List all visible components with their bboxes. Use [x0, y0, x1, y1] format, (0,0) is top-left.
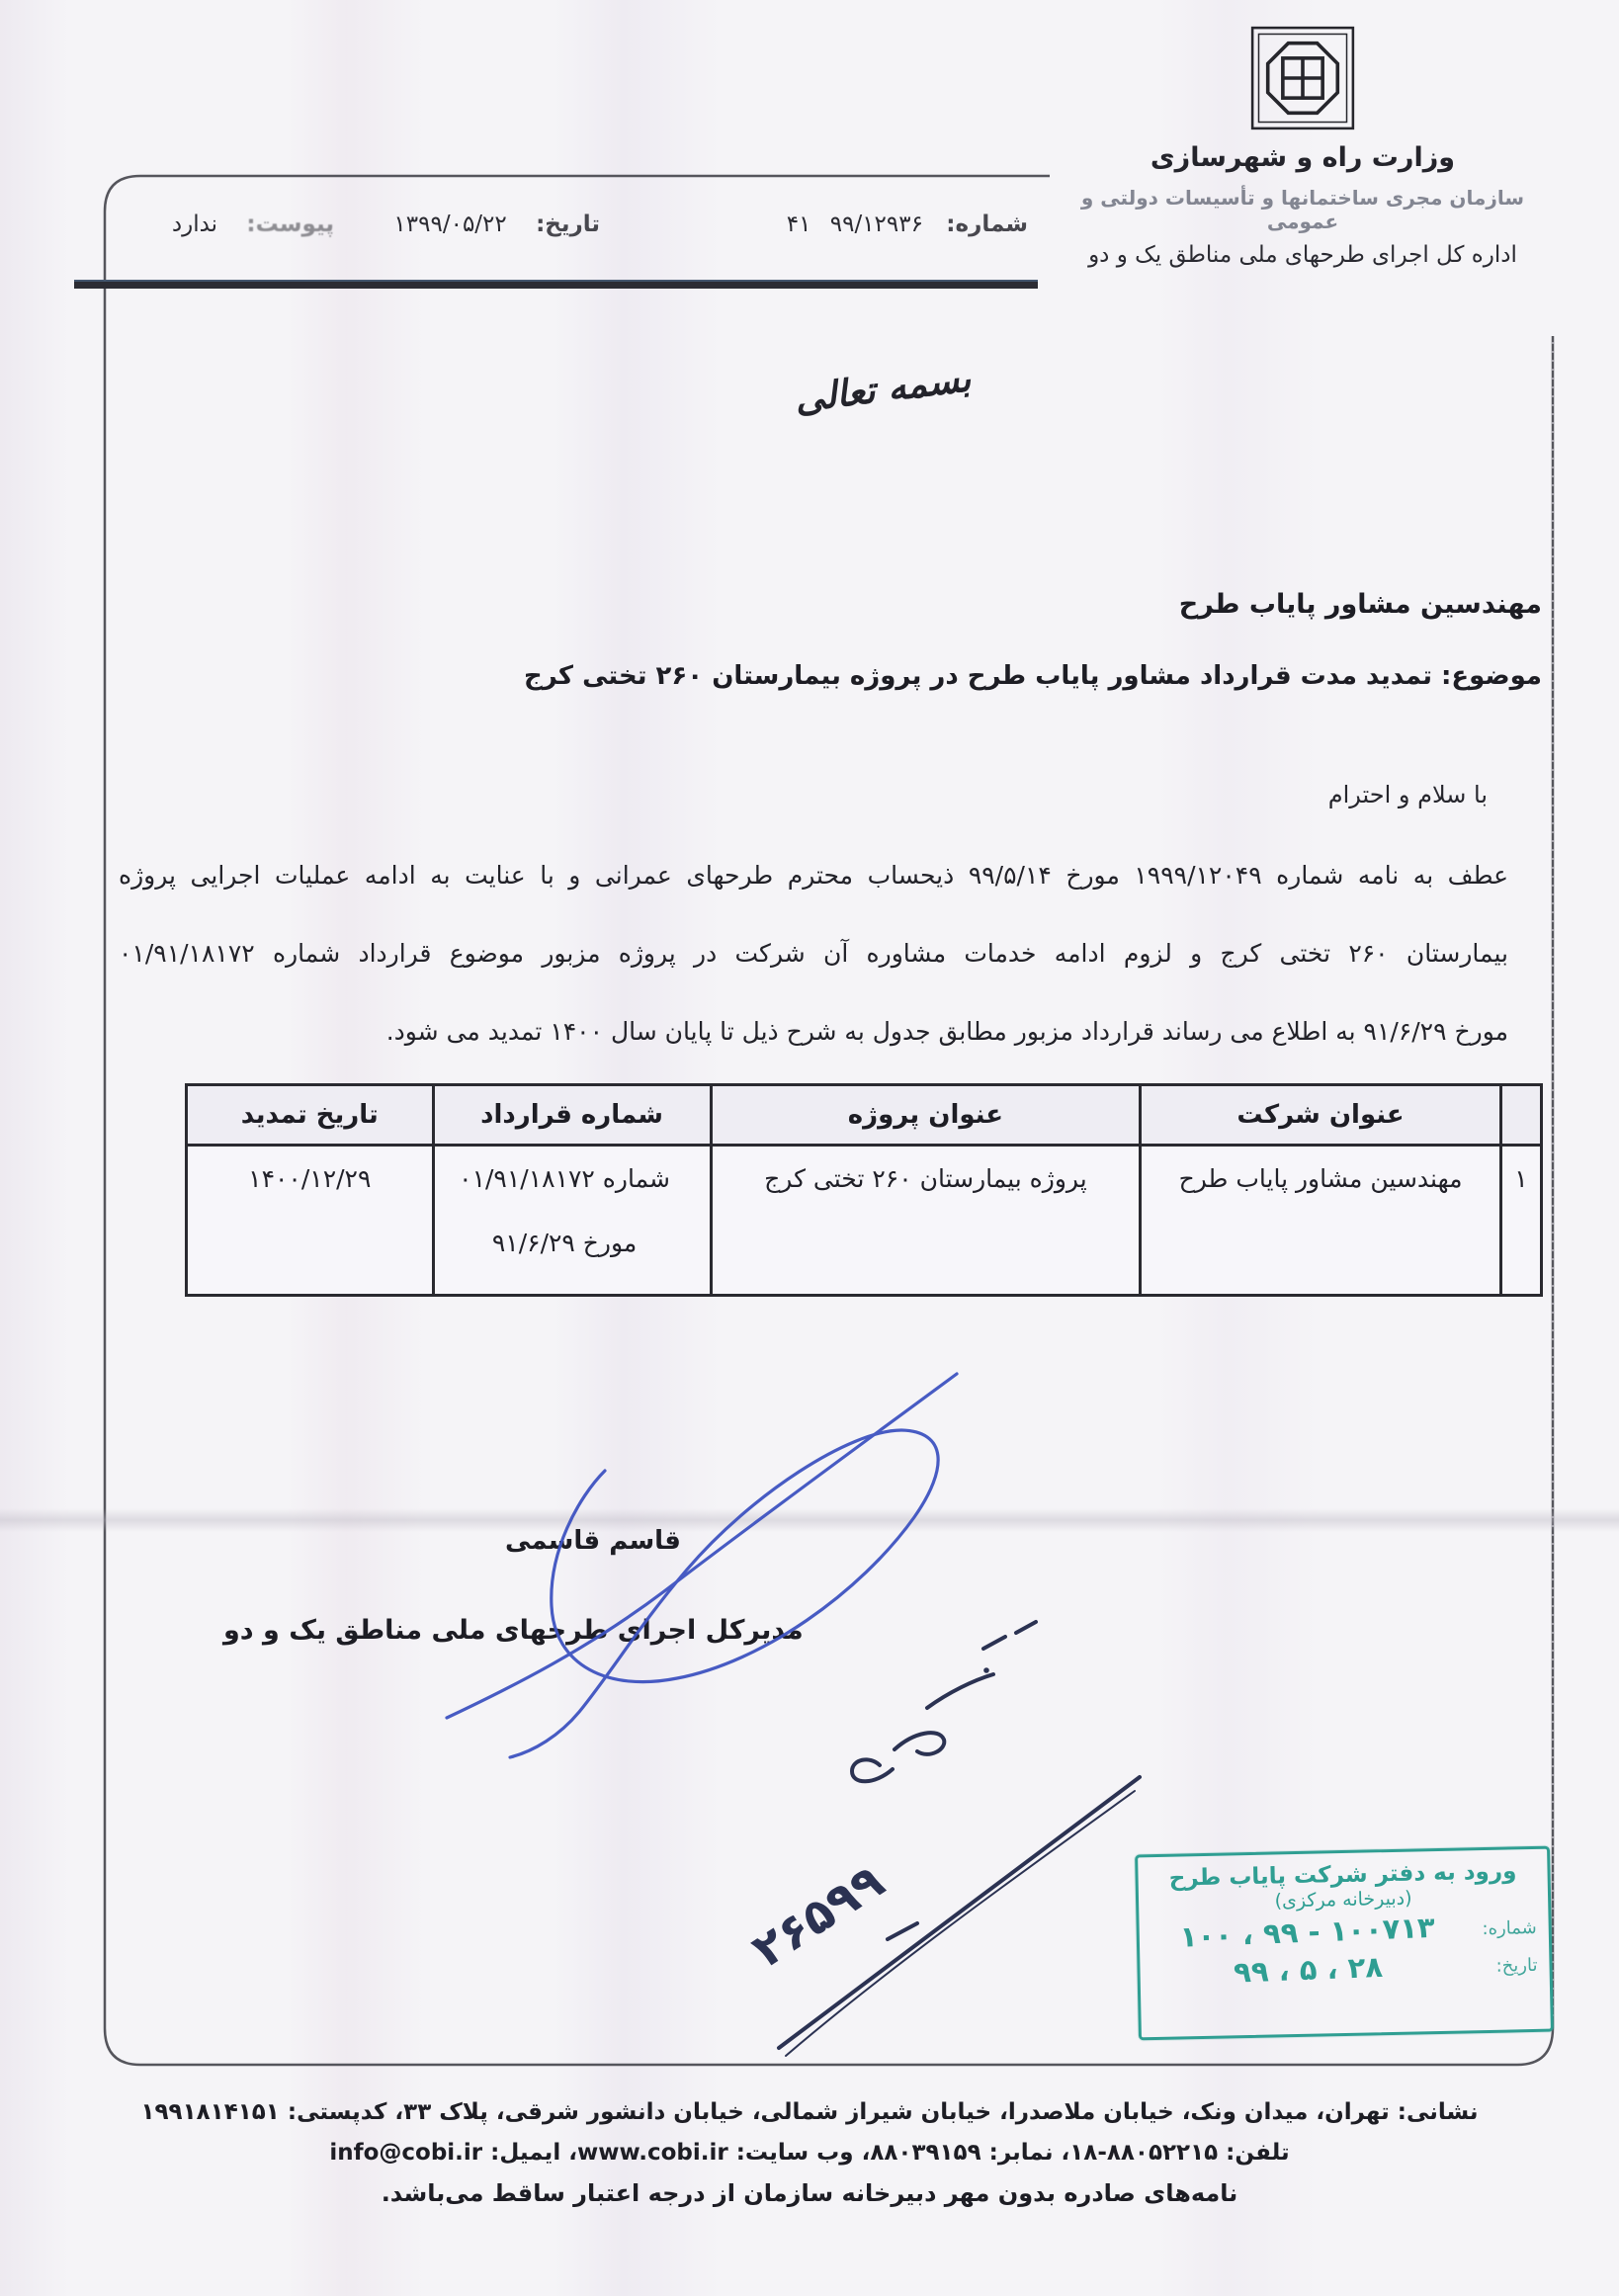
header-extension: تاریخ تمدید [187, 1085, 434, 1146]
footer-notice: نامه‌های صادره بدون مهر دبیرخانه سازمان … [89, 2179, 1530, 2207]
header-row-number [1500, 1085, 1541, 1146]
handwritten-digits: ۲۶۵۹۹ [742, 1853, 894, 1979]
attachment-label: پیوست: [246, 212, 334, 237]
header-company: عنوان شرکت [1141, 1085, 1501, 1146]
body-paragraph: عطف به نامه شماره ۱۹۹۹/۱۲۰۴۹ مورخ ۹۹/۵/۱… [119, 836, 1508, 1070]
cell-extension-date: ۱۴۰۰/۱۲/۲۹ [187, 1146, 434, 1296]
department-name: اداره کل اجرای طرحهای ملی مناطق یک و دو [1046, 242, 1560, 268]
cell-row-number: ۱ [1500, 1146, 1541, 1296]
contract-number: شماره ۰۱/۹۱/۱۸۱۷۲ [436, 1164, 694, 1193]
header-project: عنوان پروژه [711, 1085, 1141, 1146]
footer-address: نشانی: تهران، میدان ونک، خیابان ملاصدرا،… [89, 2099, 1530, 2125]
header-contract: شماره قرارداد [433, 1085, 711, 1146]
stamp-number-row: شماره: ۱۰۰ ، ۹۹ - ۱۰۰۷۱۳ [1139, 1911, 1549, 1953]
body-line-1: عطف به نامه شماره ۱۹۹۹/۱۲۰۴۹ مورخ ۹۹/۵/۱… [119, 836, 1508, 914]
subject-line: موضوع: تمدید مدت قرارداد مشاور پایاب طرح… [524, 661, 1542, 691]
ministry-logo-icon [1249, 26, 1356, 130]
letter-number-label: شماره: [946, 212, 1028, 237]
letterhead: وزارت راه و شهرسازی سازمان مجری ساختمانه… [1046, 26, 1560, 268]
letter-number-field: شماره: ۹۹/۱۲۹۳۶ ۴۱ [787, 212, 1028, 237]
cell-contract: شماره ۰۱/۹۱/۱۸۱۷۲ مورخ ۹۱/۶/۲۹ [433, 1146, 711, 1296]
stamp-date-label: تاریخ: [1464, 1954, 1537, 1977]
handwritten-note: ۲۶۵۹۹ [722, 1562, 1176, 2095]
cell-company: مهندسین مشاور پایاب طرح [1141, 1146, 1501, 1296]
entry-stamp: ورود به دفتر شرکت پایاب طرح (دبیرخانه مر… [1135, 1846, 1554, 2041]
letterhead-rule [74, 280, 1038, 289]
contract-date: مورخ ۹۱/۶/۲۹ [436, 1229, 694, 1257]
body-line-2: بیمارستان ۲۶۰ تختی کرج و لزوم ادامه خدما… [119, 914, 1508, 992]
recipient-name: مهندسین مشاور پایاب طرح [1179, 589, 1542, 620]
cell-project: پروژه بیمارستان ۲۶۰ تختی کرج [711, 1146, 1141, 1296]
table-header-row: عنوان شرکت عنوان پروژه شماره قرارداد تار… [187, 1085, 1542, 1146]
letter-footer: نشانی: تهران، میدان ونک، خیابان ملاصدرا،… [89, 2099, 1530, 2207]
letter-page: وزارت راه و شهرسازی سازمان مجری ساختمانه… [0, 0, 1619, 2296]
letter-date-field: تاریخ: ۱۳۹۹/۰۵/۲۲ [393, 212, 600, 237]
organization-name: سازمان مجری ساختمانها و تأسیسات دولتی و … [1046, 186, 1560, 233]
table-row: ۱ مهندسین مشاور پایاب طرح پروژه بیمارستا… [187, 1146, 1542, 1296]
stamp-date-row: تاریخ: ۹۹ ، ۵ ، ۲۸ [1140, 1948, 1550, 1991]
ministry-name: وزارت راه و شهرسازی [1046, 142, 1560, 173]
letter-date-value: ۱۳۹۹/۰۵/۲۲ [393, 212, 506, 237]
attachment-field: پیوست: ندارد [172, 212, 334, 237]
letter-number-extra: ۴۱ [787, 212, 811, 237]
letter-date-label: تاریخ: [536, 212, 600, 237]
salutation: با سلام و احترام [1328, 781, 1488, 808]
body-line-3: مورخ ۹۱/۶/۲۹ به اطلاع می رساند قرارداد م… [119, 992, 1508, 1070]
stamp-number-label: شماره: [1464, 1916, 1537, 1939]
attachment-value: ندارد [172, 212, 217, 237]
stamp-date-value: ۹۹ ، ۵ ، ۲۸ [1151, 1947, 1465, 1993]
letter-number-value: ۹۹/۱۲۹۳۶ [830, 212, 923, 237]
footer-contact: تلفن: ۸۸۰۵۲۲۱۵-۱۸، نمابر: ۸۸۰۳۹۱۵۹، وب س… [89, 2140, 1530, 2166]
extension-table: عنوان شرکت عنوان پروژه شماره قرارداد تار… [185, 1083, 1543, 1297]
